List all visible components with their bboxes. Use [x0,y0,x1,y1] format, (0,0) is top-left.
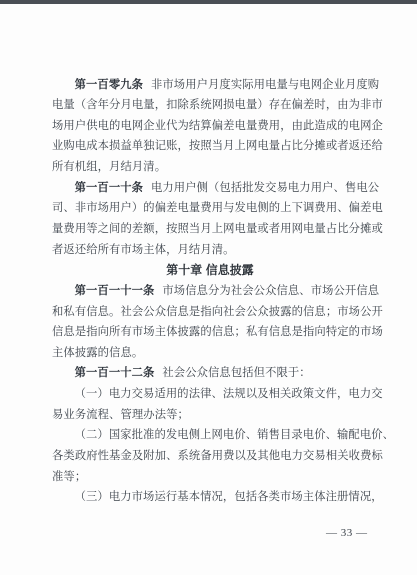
chapter-heading: 第十章 信息披露 [52,260,368,281]
line-text: 易业务流程、管理办法等； [52,409,189,421]
document-line: （三）电力市场运行基本情况，包括各类市场主体注册情况， [52,487,368,508]
line-text: 市场信息分为社会公众信息、市场公开信息 [162,285,379,297]
document-line: 第一百零九条非市场用户月度实际用电量与电网企业月度购 [52,75,368,96]
document-line: 场用户供电的电网企业代为结算偏差电量费用，由此造成的电网企 [52,116,368,137]
document-line: 和私有信息。社会公众信息是指向社会公众披露的信息；市场公开 [52,302,368,323]
document-line: 量费用等之间的差额，按照当月上网电量或者用网电量占比分摊或 [52,219,368,240]
line-text: 业购电成本损益单独记账，按照当月上网电量占比分摊或者返还给 [52,140,383,152]
line-text: 信息是指向所有市场主体披露的信息；私有信息是指向特定的市场 [52,326,383,338]
line-text: （三）电力市场运行基本情况，包括各类市场主体注册情况， [75,491,383,503]
scanned-document-page: { "doc": { "lines": [ {"lead": "第一百零九条",… [0,0,417,575]
document-line: 主体披露的信息。 [52,343,368,364]
line-text: 各类政府性基金及附加、系统备用费以及其他电力交易相关收费标 [52,450,383,462]
document-line: 准等； [52,467,368,488]
line-text: 场用户供电的电网企业代为结算偏差电量费用，由此造成的电网企 [52,120,383,132]
line-text: （一）电力交易适用的法律、法规以及相关政策文件，电力交 [75,388,383,400]
document-line: 业购电成本损益单独记账，按照当月上网电量占比分摊或者返还给 [52,136,368,157]
line-text: 主体披露的信息。 [52,347,143,359]
document-line: （一）电力交易适用的法律、法规以及相关政策文件，电力交 [52,384,368,405]
document-line: 第一百一十一条市场信息分为社会公众信息、市场公开信息 [52,281,368,302]
document-line: 第一百一十条电力用户侧（包括批发交易电力用户、售电公 [52,178,368,199]
line-text: 所有机组，月结月清。 [52,161,166,173]
line-text: 量费用等之间的差额，按照当月上网电量或者用网电量占比分摊或 [52,223,383,235]
document-line: 者返还给所有市场主体，月结月清。 [52,240,368,261]
document-line: 司、非市场用户）的偏差电量费用与发电侧的上下调费用、偏差电 [52,198,368,219]
line-text: 司、非市场用户）的偏差电量费用与发电侧的上下调费用、偏差电 [52,202,383,214]
line-text: 和私有信息。社会公众信息是指向社会公众披露的信息；市场公开 [52,306,383,318]
line-text: 社会公众信息包括但不限于： [162,367,310,379]
line-text: （二）国家批准的发电侧上网电价、销售目录电价、输配电价、 [75,429,394,441]
article-number: 第一百零九条 [75,79,143,91]
article-number: 第一百一十二条 [75,367,155,379]
document-line: 第一百一十二条社会公众信息包括但不限于： [52,363,368,384]
document-line: 所有机组，月结月清。 [52,157,368,178]
document-line: 各类政府性基金及附加、系统备用费以及其他电力交易相关收费标 [52,446,368,467]
document-line: （二）国家批准的发电侧上网电价、销售目录电价、输配电价、 [52,425,368,446]
article-number: 第一百一十条 [75,182,143,194]
document-line: 易业务流程、管理办法等； [52,405,368,426]
page-number: — 33 — [326,527,368,540]
line-text: 电力用户侧（包括批发交易电力用户、售电公 [151,182,379,194]
document-line: 信息是指向所有市场主体披露的信息；私有信息是指向特定的市场 [52,322,368,343]
document-line: 电量（含年分月电量，扣除系统网损电量）存在偏差时，由为非市 [52,95,368,116]
scan-edge-top [0,0,417,4]
line-text: 准等； [52,471,86,483]
article-number: 第一百一十一条 [75,285,155,297]
document-body: 第一百零九条非市场用户月度实际用电量与电网企业月度购 电量（含年分月电量，扣除系… [52,75,368,508]
line-text: 非市场用户月度实际用电量与电网企业月度购 [151,79,379,91]
line-text: 者返还给所有市场主体，月结月清。 [52,244,235,256]
line-text: 电量（含年分月电量，扣除系统网损电量）存在偏差时，由为非市 [52,99,383,111]
